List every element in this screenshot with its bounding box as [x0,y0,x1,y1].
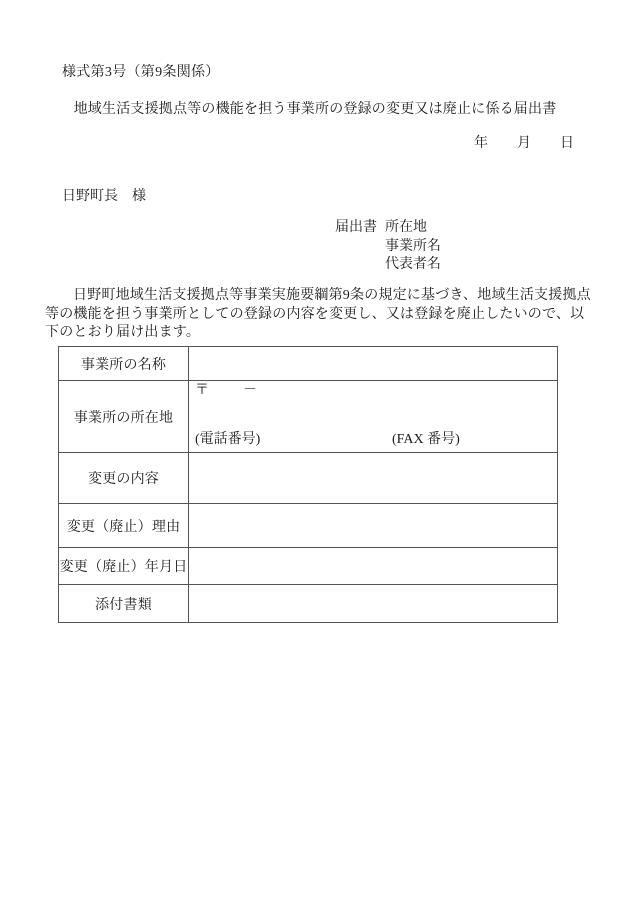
change-reason-value-cell [189,504,558,548]
submitter-row-address: 届出書 所在地 [335,219,441,238]
form-table: 事業所の名称 事業所の所在地 〒－ (電話番号) (FAX 番号) 変更の内容 [58,346,558,623]
table-row-office-address: 事業所の所在地 〒－ (電話番号) (FAX 番号) [59,381,558,453]
attachments-value-cell [189,585,558,623]
row-label-change-reason: 変更（廃止）理由 [59,504,189,548]
submitter-address-label: 所在地 [385,219,427,238]
row-label-change-content: 変更の内容 [59,453,189,504]
submitter-doc-label-spacer [335,256,385,275]
date-day-label: 日 [560,132,574,152]
table-row-office-name: 事業所の名称 [59,347,558,381]
table-row-change-reason: 変更（廃止）理由 [59,504,558,548]
change-content-value-cell [189,453,558,504]
date-line: 年 月 日 [474,132,574,152]
row-label-change-date: 変更（廃止）年月日 [59,548,189,585]
fax-label: (FAX 番号) [392,432,460,448]
document-title: 地域生活支援拠点等の機能を担う事業所の登録の変更又は廃止に係る届出書 [0,98,630,118]
submitter-office-name-label: 事業所名 [385,238,441,257]
row-label-attachments: 添付書類 [59,585,189,623]
body-line-1: 日野町地域生活支援拠点等事業実施要綱第9条の規定に基づき、地域生活支援拠点 [45,287,591,306]
submitter-row-office-name: 事業所名 [335,238,441,257]
postal-mark: 〒 [195,383,209,398]
document-page: 様式第3号（第9条関係） 地域生活支援拠点等の機能を担う事業所の登録の変更又は廃… [0,0,630,903]
date-year-label: 年 [474,132,488,152]
submitter-block: 届出書 所在地 事業所名 代表者名 [335,219,441,275]
submitter-row-representative: 代表者名 [335,256,441,275]
submitter-doc-label-spacer [335,238,385,257]
table-row-attachments: 添付書類 [59,585,558,623]
submitter-doc-label: 届出書 [335,219,385,238]
postal-code-line: 〒－ [195,383,553,399]
table-row-change-content: 変更の内容 [59,453,558,504]
submitter-representative-label: 代表者名 [385,256,441,275]
body-line-3: 下のとおり届け出ます。 [45,324,591,343]
phone-label: (電話番号) [195,432,392,448]
body-line-2: 等の機能を担う事業所としての登録の内容を変更し、又は登録を廃止したいので、以 [45,306,591,325]
table-row-change-date: 変更（廃止）年月日 [59,548,558,585]
office-address-value-cell: 〒－ (電話番号) (FAX 番号) [189,381,558,453]
body-paragraph: 日野町地域生活支援拠点等事業実施要綱第9条の規定に基づき、地域生活支援拠点 等の… [45,287,591,343]
office-name-value-cell [189,347,558,381]
row-label-office-name: 事業所の名称 [59,347,189,381]
form-number: 様式第3号（第9条関係） [62,61,220,81]
postal-separator: － [243,383,257,398]
phone-fax-line: (電話番号) (FAX 番号) [195,432,553,448]
change-date-value-cell [189,548,558,585]
date-month-label: 月 [517,132,531,152]
row-label-office-address: 事業所の所在地 [59,381,189,453]
addressee: 日野町長 様 [62,185,146,205]
